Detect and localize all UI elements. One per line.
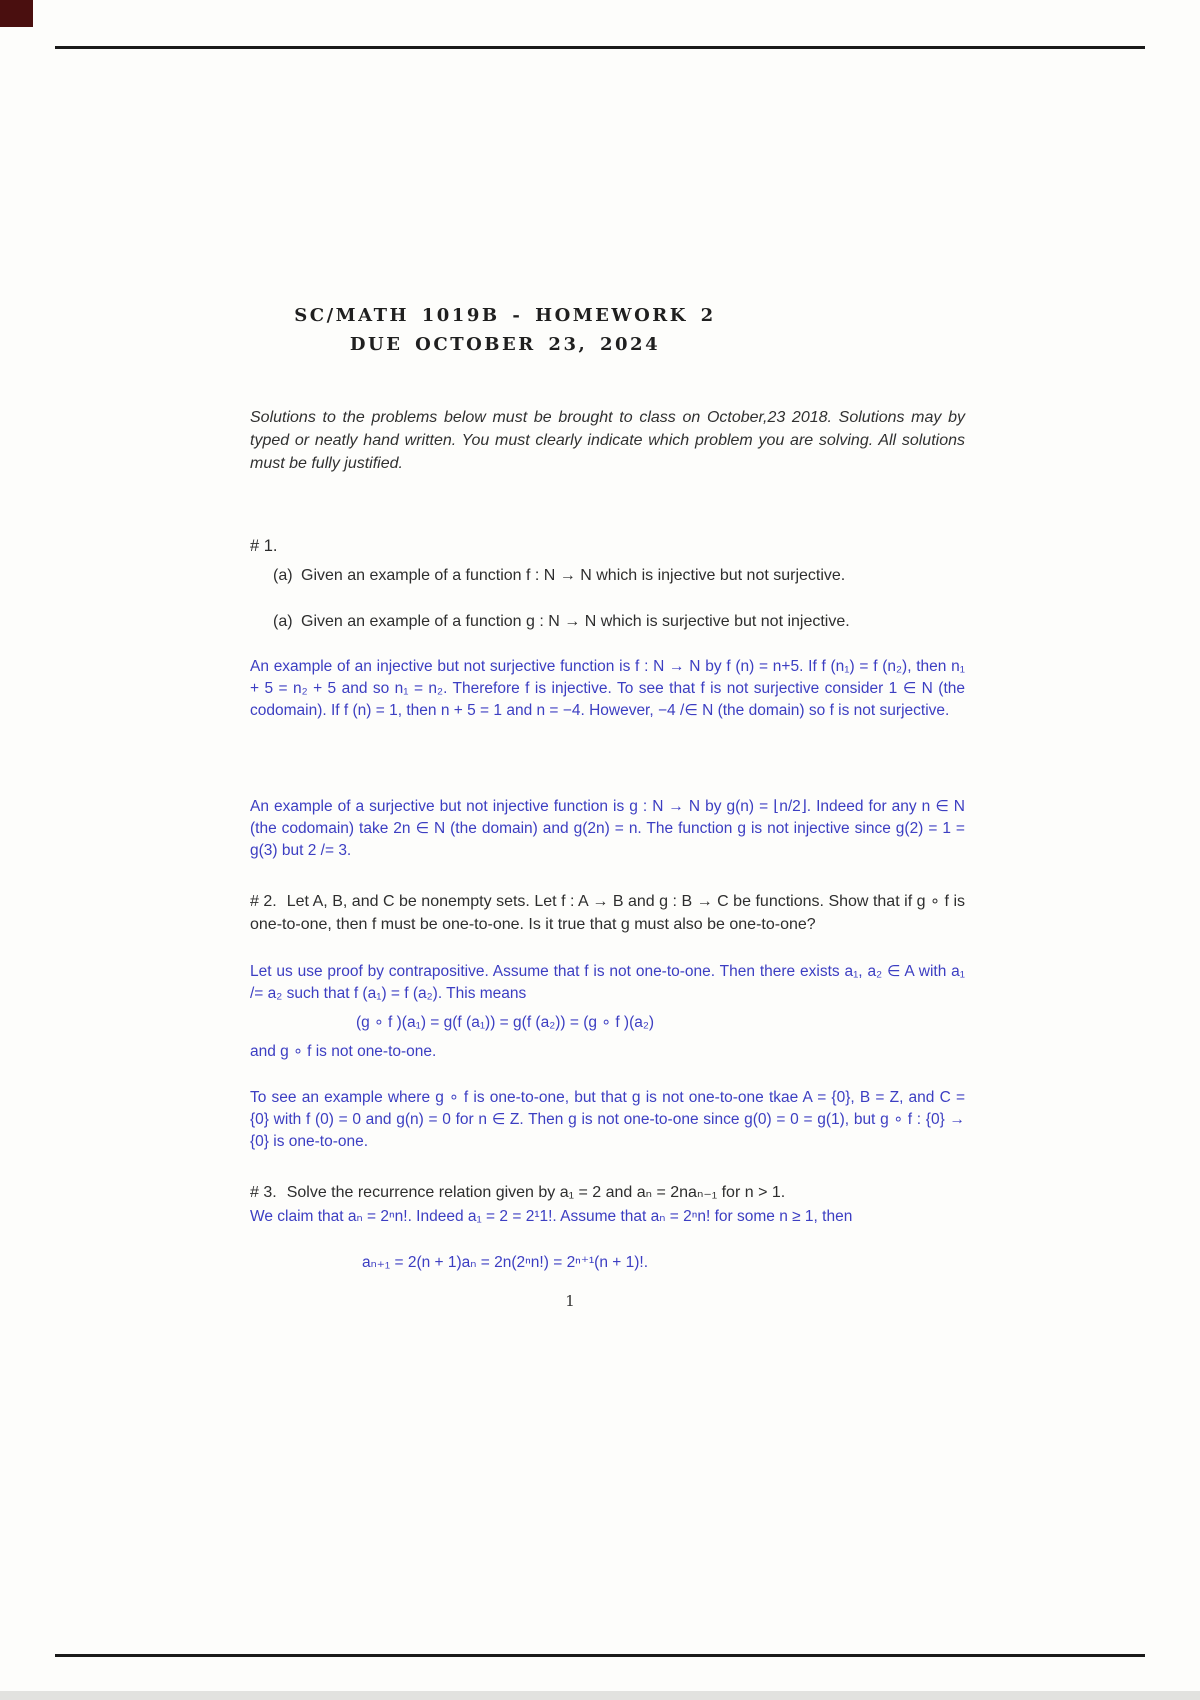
problem-2-solution-example: To see an example where g ∘ f is one-to-… (250, 1087, 965, 1153)
problem-2-solution-intro: Let us use proof by contrapositive. Assu… (250, 961, 965, 1005)
problem-3-equation: aₙ₊₁ = 2(n + 1)aₙ = 2n(2ⁿn!) = 2ⁿ⁺¹(n + … (250, 1252, 760, 1274)
problem-1-part-1: (a) Given an example of a function f : N… (273, 564, 933, 587)
problem-3-solution-claim: We claim that aₙ = 2ⁿn!. Indeed a₁ = 2 =… (250, 1206, 965, 1228)
part-text: Given an example of a function g : N → N… (301, 610, 933, 633)
bottom-rule (55, 1654, 1145, 1657)
problem-3-statement-text: Solve the recurrence relation given by a… (287, 1184, 786, 1201)
intro-paragraph: Solutions to the problems below must be … (250, 406, 965, 475)
problem-1-solution-paragraph-1: An example of an injective but not surje… (250, 656, 965, 722)
page-number: 1 (540, 1292, 600, 1310)
top-rule (55, 46, 1145, 49)
problem-2-label: # 2. (250, 893, 277, 910)
part-marker: (a) (273, 610, 301, 633)
part-marker: (a) (273, 564, 301, 587)
problem-2-statement: # 2.Let A, B, and C be nonempty sets. Le… (250, 891, 965, 936)
problem-2-statement-text: Let A, B, and C be nonempty sets. Let f … (250, 893, 965, 933)
title-block: SC/MATH 1019B - HOMEWORK 2 DUE OCTOBER 2… (168, 301, 842, 359)
document-title: SC/MATH 1019B - HOMEWORK 2 (168, 301, 842, 330)
problem-3-label: # 3. (250, 1184, 277, 1201)
due-date-line: DUE OCTOBER 23, 2024 (168, 330, 842, 359)
scan-corner-artifact (0, 0, 33, 27)
part-text: Given an example of a function f : N → N… (301, 564, 933, 587)
problem-1-part-2: (a) Given an example of a function g : N… (273, 610, 933, 633)
problem-2-solution-conclusion: and g ∘ f is not one-to-one. (250, 1041, 965, 1063)
page-bottom-edge (0, 1691, 1200, 1700)
problem-1-label: # 1. (250, 535, 965, 557)
problem-2-equation: (g ∘ f )(a₁) = g(f (a₁)) = g(f (a₂)) = (… (250, 1012, 760, 1034)
problem-1-solution-paragraph-2: An example of a surjective but not injec… (250, 796, 965, 862)
document-page: SC/MATH 1019B - HOMEWORK 2 DUE OCTOBER 2… (0, 0, 1200, 1700)
problem-3-statement: # 3.Solve the recurrence relation given … (250, 1182, 965, 1205)
